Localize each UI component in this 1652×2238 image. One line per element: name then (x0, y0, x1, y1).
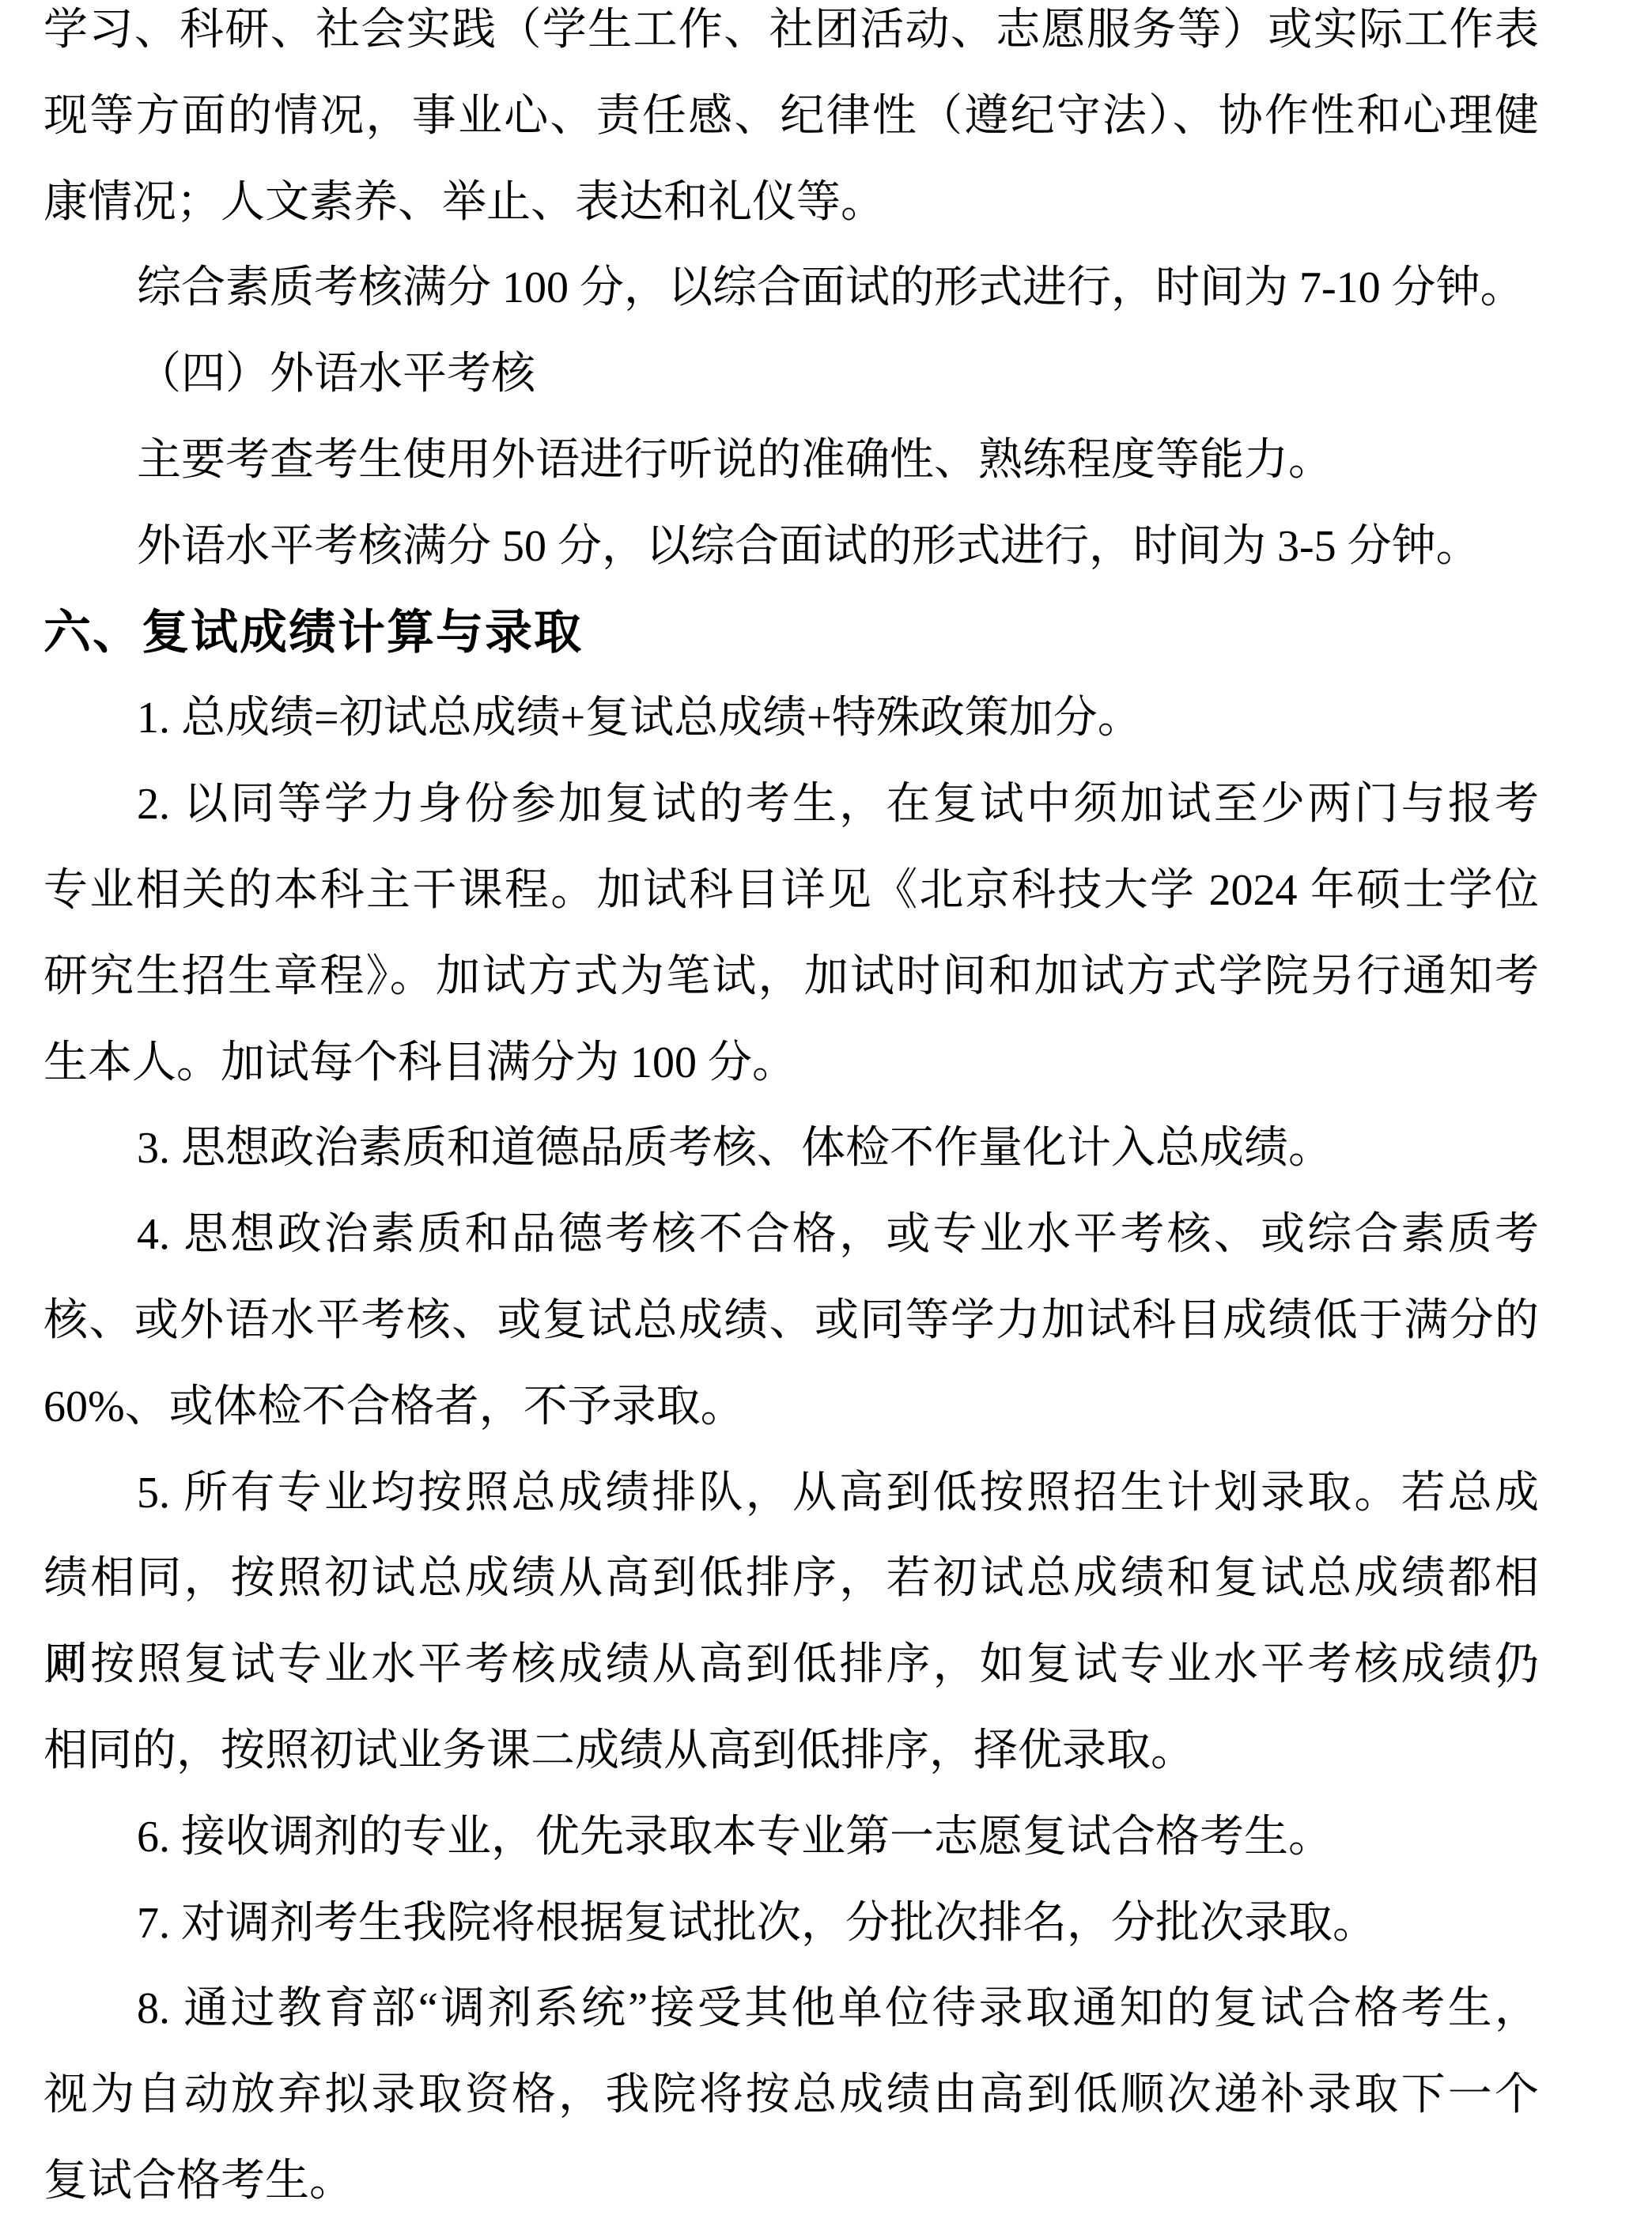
text-line: 康情况；人文素养、举止、表达和礼仪等。 (43, 160, 1539, 246)
text-line: 研究生招生章程》。加试方式为笔试，加试时间和加试方式学院另行通知考 (43, 934, 1539, 1020)
text-line: 则按照复试专业水平考核成绩从高到低排序，如复试专业水平考核成绩仍 (43, 1622, 1539, 1708)
text-line: 专业相关的本科主干课程。加试科目详见《北京科技大学 2024 年硕士学位 (43, 848, 1539, 934)
text-line: 现等方面的情况，事业心、责任感、纪律性（遵纪守法）、协作性和心理健 (43, 74, 1539, 160)
text-line: 核、或外语水平考核、或复试总成绩、或同等学力加试科目成绩低于满分的 (43, 1278, 1539, 1364)
text-line: 7. 对调剂考生我院将根据复试批次，分批次排名，分批次录取。 (43, 1881, 1539, 1967)
text-line: 相同的，按照初试业务课二成绩从高到低排序，择优录取。 (43, 1708, 1539, 1794)
text-line: 视为自动放弃拟录取资格，我院将按总成绩由高到低顺次递补录取下一个 (43, 2052, 1539, 2138)
text-line: 外语水平考核满分 50 分，以综合面试的形式进行，时间为 3-5 分钟。 (43, 504, 1539, 590)
text-line: 1. 总成绩=初试总成绩+复试总成绩+特殊政策加分。 (43, 675, 1539, 762)
text-line: 60%、或体检不合格者，不予录取。 (43, 1364, 1539, 1450)
document-page: 学习、科研、社会实践（学生工作、社团活动、志愿服务等）或实际工作表 现等方面的情… (0, 0, 1652, 2238)
text-line: 3. 思想政治素质和道德品质考核、体检不作量化计入总成绩。 (43, 1106, 1539, 1192)
text-line: 6. 接收调剂的专业，优先录取本专业第一志愿复试合格考生。 (43, 1794, 1539, 1881)
text-line: 学习、科研、社会实践（学生工作、社团活动、志愿服务等）或实际工作表 (43, 0, 1539, 74)
text-line: 8. 通过教育部“调剂系统”接受其他单位待录取通知的复试合格考生， (43, 1966, 1539, 2052)
text-line: （四）外语水平考核 (43, 331, 1539, 418)
text-line: 5. 所有专业均按照总成绩排队，从高到低按照招生计划录取。若总成 (43, 1450, 1539, 1537)
text-body: 学习、科研、社会实践（学生工作、社团活动、志愿服务等）或实际工作表 现等方面的情… (43, 0, 1539, 2225)
text-line: 4. 思想政治素质和品德考核不合格，或专业水平考核、或综合素质考 (43, 1192, 1539, 1278)
text-line: 生本人。加试每个科目满分为 100 分。 (43, 1020, 1539, 1106)
text-line: 复试合格考生。 (43, 2138, 1539, 2225)
text-line: 绩相同，按照初试总成绩从高到低排序，若初试总成绩和复试总成绩都相同， (43, 1536, 1539, 1622)
section-heading: 六、复试成绩计算与录取 (43, 590, 1539, 676)
text-line: 综合素质考核满分 100 分，以综合面试的形式进行，时间为 7-10 分钟。 (43, 245, 1539, 331)
text-line: 主要考查考生使用外语进行听说的准确性、熟练程度等能力。 (43, 418, 1539, 504)
text-line: 2. 以同等学力身份参加复试的考生，在复试中须加试至少两门与报考 (43, 762, 1539, 848)
